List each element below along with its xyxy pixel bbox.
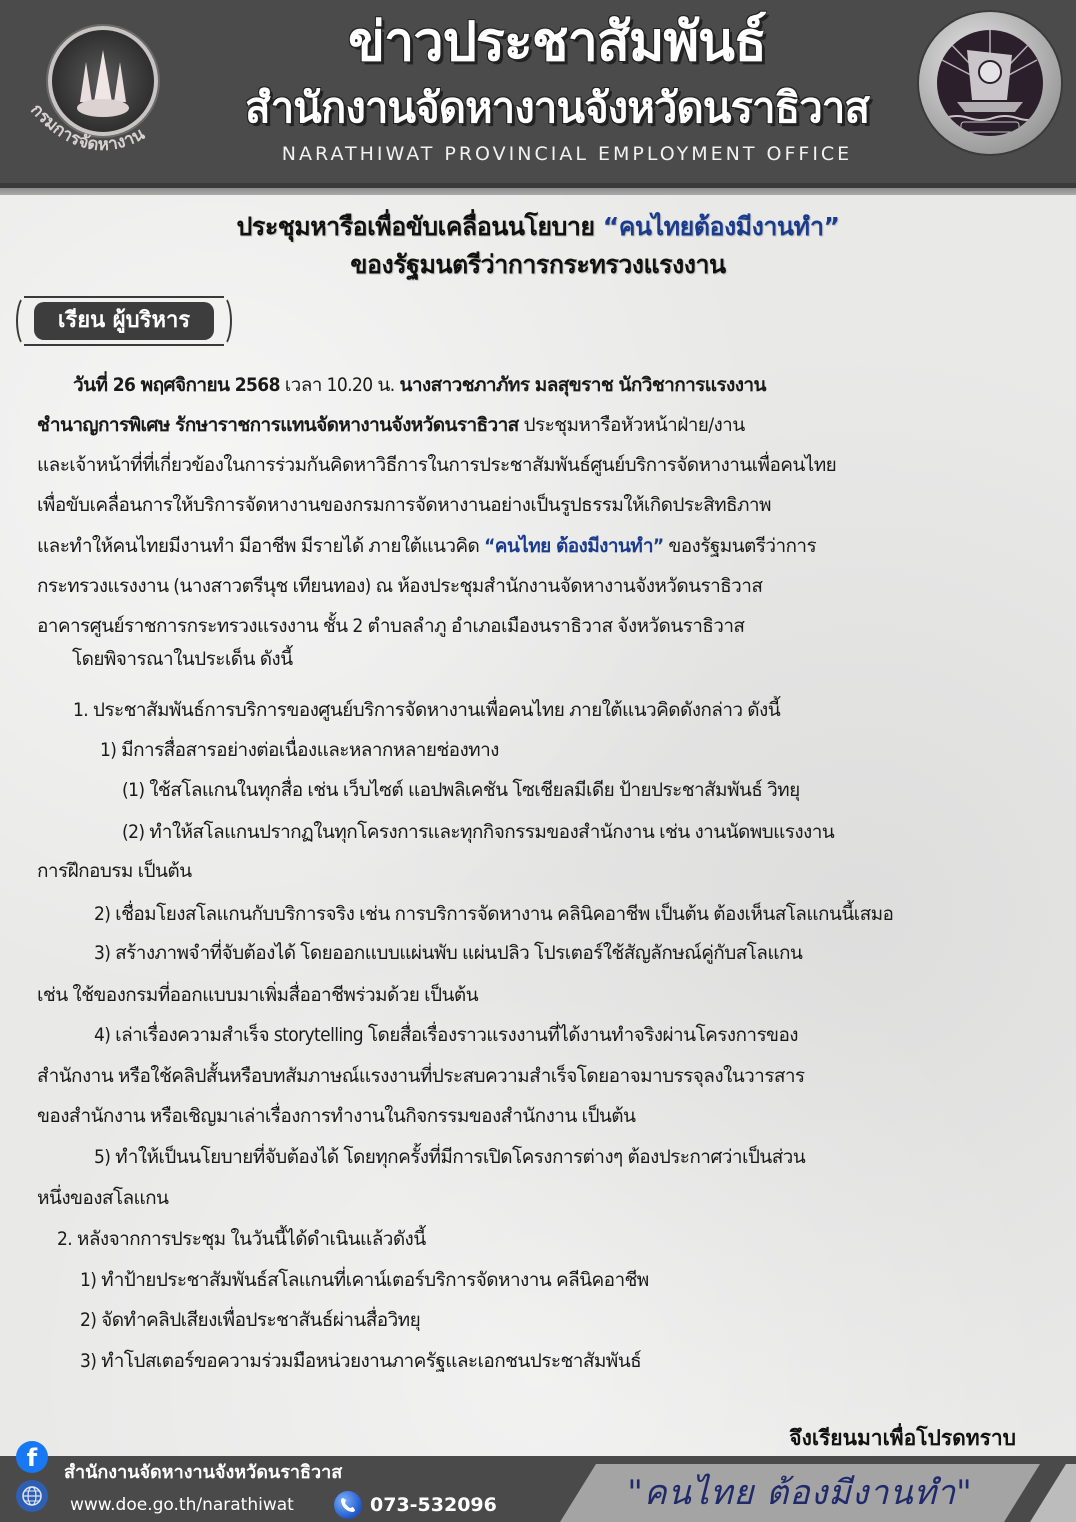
header-banner: กรมการจัดหางาน ข่าวประชาสัมพันธ์ สำนักงา… [0, 0, 1076, 183]
list-item: 2) จัดทำคลิปเสียงเพื่อประชาสันธ์ผ่านสื่อ… [80, 1300, 420, 1340]
news-headline: ประชุมหารือเพื่อขับเคลื่อนนโยบาย “คนไทยต… [60, 208, 1016, 284]
list-item: 5) ทำให้เป็นนโยบายที่จับต้องได้ โดยทุกคร… [94, 1137, 805, 1177]
list-item: 4) เล่าเรื่องความสำเร็จ storytelling โดย… [94, 1015, 798, 1055]
body-line: และทำให้คนไทยมีงานทำ มีอาชีพ มีรายได้ ภา… [37, 526, 816, 566]
department-name-arc: กรมการจัดหางาน [20, 100, 185, 170]
addressee-label: เรียน ผู้บริหาร [34, 302, 214, 340]
list-item: ของสำนักงาน หรือเชิญมาเล่าเรื่องการทำงาน… [37, 1096, 635, 1136]
bracket-left-icon [16, 295, 36, 347]
headline-line2: ของรัฐมนตรีว่าการกระทรวงแรงงาน [60, 246, 1016, 284]
list-item: 1) ทำป้ายประชาสัมพันธ์สโลแกนที่เคาน์เตอร… [80, 1260, 649, 1300]
bracket-right-icon [212, 295, 232, 347]
sailboat-emblem-icon [937, 30, 1043, 136]
section2-title: 2. หลังจากการประชุม ในวันนี้ได้ดำเนินแล้… [57, 1219, 426, 1259]
website-link[interactable]: www.doe.go.th/narathiwat [70, 1490, 294, 1520]
svg-text:กรมการจัดหางาน: กรมการจัดหางาน [26, 100, 148, 155]
page-title: ข่าวประชาสัมพันธ์ [200, 8, 914, 76]
office-name-english: NARATHIWAT PROVINCIAL EMPLOYMENT OFFICE [200, 141, 934, 167]
list-item: เช่น ใช้ของกรมที่ออกแบบมาเพิ่มสื่ออาชีพร… [37, 975, 478, 1015]
list-item: หนึ่งของสโลแกน [37, 1178, 168, 1218]
header-divider [0, 183, 1076, 195]
facebook-page-name[interactable]: สำนักงานจัดหางานจังหวัดนราธิวาส [64, 1458, 342, 1488]
phone-icon[interactable] [334, 1491, 362, 1519]
list-item: 3) ทำโปสเตอร์ขอความร่วมมือหน่วยงานภาครัฐ… [80, 1341, 641, 1381]
list-item: การฝึกอบรม เป็นต้น [37, 851, 192, 891]
globe-icon[interactable] [16, 1480, 48, 1512]
list-item: 2) เชื่อมโยงสโลแกนกับบริการจริง เช่น การ… [94, 894, 893, 934]
office-name: สำนักงานจัดหางานจังหวัดนราธิวาส [190, 78, 924, 138]
list-item: (2) ทำให้สโลแกนปรากฏในทุกโครงการและทุกกิ… [122, 812, 834, 852]
facebook-icon[interactable]: f [16, 1441, 48, 1473]
body-line: โดยพิจารณาในประเด็น ดังนี้ [72, 639, 293, 679]
body-line: และเจ้าหน้าที่ที่เกี่ยวข้องในการร่วมกันค… [37, 445, 836, 485]
headline-slogan: “คนไทยต้องมีงานทำ” [603, 212, 840, 241]
body-line: เพื่อขับเคลื่อนการให้บริการจัดหางานของกร… [37, 485, 771, 525]
headline-prefix: ประชุมหารือเพื่อขับเคลื่อนนโยบาย [237, 212, 603, 241]
list-item: สำนักงาน หรือใช้คลิปสั้นหรือบทสัมภาษณ์แร… [37, 1056, 805, 1096]
section1-title: 1. ประชาสัมพันธ์การบริการของศูนย์บริการจ… [73, 690, 780, 730]
addressee-badge: เรียน ผู้บริหาร [14, 293, 234, 349]
footer-slogan: "คนไทย ต้องมีงานทำ" [580, 1466, 1020, 1520]
closing-statement: จึงเรียนมาเพื่อโปรดทราบ [700, 1421, 1016, 1455]
body-line: วันที่ 26 พฤศจิกายน 2568 เวลา 10.20 น. น… [73, 365, 766, 405]
list-item: 1) มีการสื่อสารอย่างต่อเนื่องและหลากหลาย… [100, 730, 499, 770]
body-line: กระทรวงแรงงาน (นางสาวตรีนุช เทียนทอง) ณ … [37, 566, 762, 606]
list-item: 3) สร้างภาพจำที่จับต้องได้ โดยออกแบบแผ่น… [94, 933, 802, 973]
body-line: ชำนาญการพิเศษ รักษาราชการแทนจัดหางานจังห… [37, 405, 745, 445]
list-item: (1) ใช้สโลแกนในทุกสื่อ เช่น เว็บไซต์ แอป… [122, 770, 800, 810]
narathiwat-province-seal [919, 12, 1061, 154]
phone-number[interactable]: 073-532096 [370, 1490, 497, 1520]
